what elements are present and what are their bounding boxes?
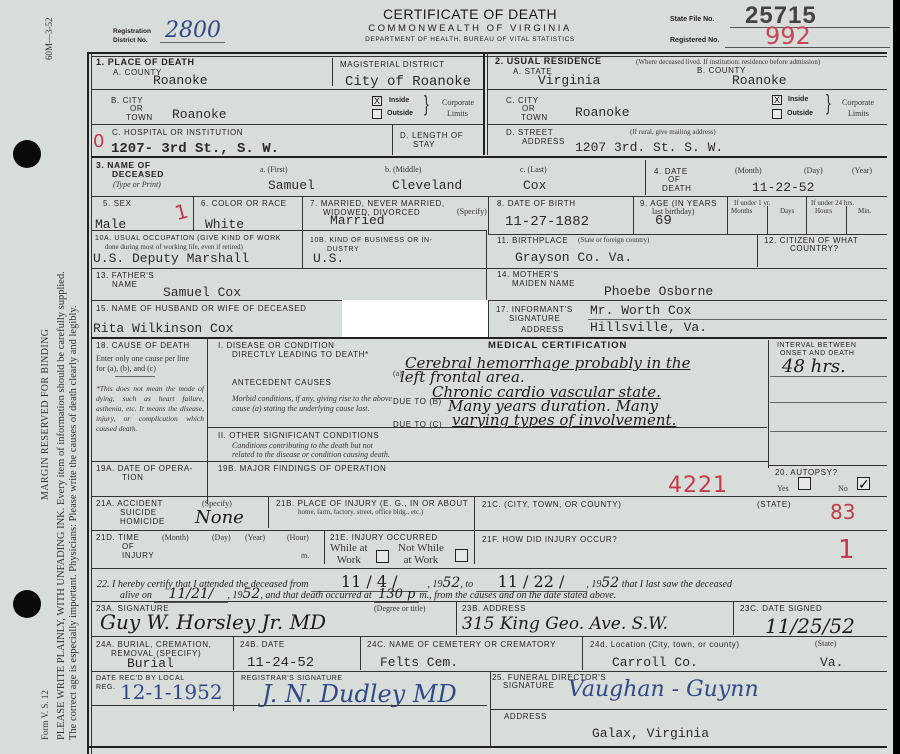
- alive-on-year: 52: [243, 586, 261, 602]
- divider: [767, 206, 768, 234]
- autopsy-yes-label: Yes: [777, 484, 789, 493]
- how-injury-label: 21f. How Did Injury Occur?: [482, 535, 617, 544]
- city-label-town: Town: [126, 113, 153, 122]
- divider: [115, 376, 155, 377]
- residence-state: Virginia: [538, 73, 600, 88]
- last-name-label: c. (Last): [520, 165, 547, 174]
- operation-date-label: 19a. Date of Opera-: [96, 464, 193, 473]
- residence-limits-label: Limits: [848, 109, 869, 118]
- date-signed-label: 23c. Date Signed: [740, 604, 822, 613]
- divider: [490, 709, 887, 710]
- suicide-label: Suicide: [120, 508, 157, 517]
- sex-label: 5. Sex: [103, 199, 132, 208]
- certificate-subtitle: Commonwealth of Virginia: [320, 23, 620, 34]
- funeral-director-signature: Vaughan - Guynn: [568, 677, 759, 702]
- registered-label: Registered No.: [670, 37, 719, 44]
- cause-note-2: for (a), (b), and (c): [96, 364, 156, 373]
- binding-hole-top: [13, 140, 41, 168]
- business: U.S.: [313, 251, 344, 266]
- part2-label: II. Other Significant Conditions: [218, 431, 379, 440]
- divider: [91, 496, 887, 497]
- marital-label: 7. Married, Never Married,: [310, 199, 445, 208]
- name-label-deceased: Deceased: [112, 170, 164, 179]
- operation-findings-label: 19b. Major Findings of Operation: [218, 464, 386, 473]
- divider: [456, 601, 457, 635]
- cemetery: Felts Cem.: [380, 655, 458, 670]
- divider: [91, 124, 483, 125]
- divider: [91, 636, 887, 637]
- cause-note-1: Enter only one cause per line: [96, 354, 189, 363]
- date-of-birth: 11-27-1882: [505, 214, 589, 230]
- instructions-line-1: PLEASE WRITE PLAINLY, WITH UNFADING INK.…: [56, 40, 67, 740]
- sec1-sec2-divider: [483, 52, 485, 155]
- divider: [91, 196, 887, 197]
- divider: [757, 234, 758, 267]
- length-of-stay-label: d. Length of: [400, 131, 463, 140]
- divider: [268, 496, 269, 528]
- middle-name: Cleveland: [392, 178, 462, 193]
- divider: [768, 340, 769, 468]
- mother-label-2: Maiden Name: [512, 279, 575, 288]
- frame-top-inner: [91, 56, 887, 57]
- interval-value: 48 hrs.: [782, 356, 846, 377]
- outside-label: Outside: [387, 110, 413, 117]
- business-label: 10b. Kind of Business or In-: [310, 236, 433, 245]
- part2-note-1: Conditions contributing to the death but…: [232, 441, 373, 450]
- divider: [91, 337, 887, 339]
- divider: [727, 196, 728, 234]
- registrar-signature: J. N. Dudley MD: [262, 680, 457, 708]
- residence-city: Roanoke: [575, 105, 630, 120]
- name-label-type: (Type or Print): [113, 180, 161, 189]
- divider: [91, 705, 487, 706]
- residence-outside-checkbox[interactable]: [772, 109, 782, 119]
- registered-number: 992: [765, 22, 811, 50]
- dod-label-of: of: [668, 175, 680, 184]
- divider: [768, 465, 887, 466]
- time-m-label: m.: [301, 551, 309, 560]
- antecedent-label: Antecedent Causes: [232, 378, 331, 387]
- while-at-work-text-1: While at: [330, 542, 368, 554]
- magisterial-district-label: Magisterial District: [340, 60, 445, 69]
- first-name-label: a. (First): [260, 165, 288, 174]
- mother-maiden-name: Phoebe Osborne: [604, 284, 713, 299]
- spouse-name: Rita Wilkinson Cox: [93, 321, 233, 336]
- time-year-label: (Year): [245, 533, 265, 542]
- residence-outside-label: Outside: [787, 110, 813, 117]
- divider: [91, 268, 887, 269]
- date-received: 12-1-1952: [120, 680, 223, 704]
- degree-label: (Degree or title): [374, 604, 426, 613]
- divider: [392, 124, 393, 155]
- informant-label-2: Signature: [509, 314, 560, 323]
- divider: [488, 300, 489, 338]
- while-at-work-label: While atWork: [330, 542, 368, 566]
- frame-left: [87, 52, 89, 754]
- occupation: U.S. Deputy Marshall: [93, 251, 249, 266]
- father-label-2: Name: [112, 280, 138, 289]
- time-hour-label: (Hour): [287, 533, 309, 542]
- burial-date-label: 24b. Date: [240, 640, 285, 649]
- divider: [633, 196, 634, 234]
- months-label: Months: [731, 207, 752, 216]
- stay-label: Stay: [413, 140, 435, 149]
- autopsy-no-checkbox[interactable]: ✓: [857, 477, 870, 490]
- death-city: Roanoke: [172, 107, 227, 122]
- state-mark: 83: [830, 500, 855, 524]
- divider: [360, 636, 361, 670]
- mother-label: 14. Mother's: [497, 270, 559, 279]
- dod-day-label: (Day): [804, 166, 823, 175]
- physician-signature: Guy W. Horsley Jr. MD: [100, 610, 326, 634]
- place-of-death-heading: 1. Place of Death: [96, 58, 195, 67]
- divider: [91, 461, 768, 462]
- certify-text-end: m., from the causes and on the date stat…: [419, 590, 616, 601]
- not-while-text-2: at Work: [398, 554, 444, 566]
- place-of-injury-note: home, farm, factory, street, office bldg…: [298, 508, 423, 517]
- brace: }: [826, 89, 831, 115]
- inside-label: Inside: [389, 97, 409, 104]
- divider: [486, 230, 487, 300]
- place-of-injury-label: 21b. Place of Injury (e. g., in or about: [276, 499, 468, 508]
- certify-line-2: alive on 11/21/, 1952, and that death oc…: [120, 586, 616, 602]
- divider: [770, 376, 887, 377]
- accident-value: None: [195, 507, 244, 528]
- divider: [488, 196, 489, 234]
- birthplace-note: (State or foreign country): [578, 236, 649, 245]
- department-name: Department of Health, Bureau of Vital St…: [320, 36, 620, 43]
- spouse-label: 15. Name of Husband or Wife of Deceased: [96, 304, 307, 313]
- divider: [770, 402, 887, 403]
- marital-specify: (Specify): [457, 207, 487, 216]
- time-of-injury-label-of: of: [122, 542, 134, 551]
- certify-text-e: that I last saw the deceased: [622, 579, 732, 590]
- occupation-label: 10a. Usual Occupation (Give kind of work: [95, 234, 281, 243]
- residence-corporate-label: Corporate: [842, 98, 874, 107]
- outside-checkbox[interactable]: [372, 109, 382, 119]
- dod-label-death: Death: [662, 184, 692, 193]
- dob-label: 8. Date of Birth: [497, 199, 576, 208]
- accident-label: 21a. Accident: [96, 499, 163, 508]
- divider: [91, 568, 887, 569]
- divider: [302, 196, 303, 230]
- time-day-label: (Day): [212, 533, 231, 542]
- certify-text-alive: alive on: [120, 590, 152, 601]
- dod-year-label: (Year): [852, 166, 872, 175]
- physician-address-label: 23b. Address: [462, 604, 526, 613]
- binding-note: MARGIN RESERVED FOR BINDING: [40, 329, 51, 500]
- inside-checkbox[interactable]: X: [372, 96, 382, 106]
- informant-label: 17. Informant's: [496, 305, 573, 314]
- divider: [233, 636, 234, 670]
- sec1-sec2-divider-inner: [487, 52, 488, 155]
- brace: }: [424, 90, 429, 116]
- time-month-label: (Month): [162, 533, 189, 542]
- autopsy-label: 20. Autopsy?: [775, 468, 838, 477]
- informant-name: Mr. Worth Cox: [590, 303, 691, 318]
- funeral-address: Galax, Virginia: [592, 726, 709, 741]
- residence-street: 1207 3rd. St. S. W.: [575, 140, 723, 155]
- birthplace: Grayson Co. Va.: [515, 250, 632, 265]
- divider: [846, 206, 847, 234]
- registration-district-no: 2800: [165, 18, 221, 43]
- certificate-title: Certificate of Death: [320, 6, 620, 22]
- how-mark: 1: [838, 535, 855, 565]
- redacted-region: [342, 300, 488, 338]
- funeral-director-label-2: Signature: [503, 681, 554, 690]
- divider: [91, 671, 887, 672]
- date-received-label-2: Reg.: [96, 683, 116, 692]
- divider: [733, 601, 734, 635]
- divider: [91, 601, 887, 602]
- part1-label: I. Disease or Condition: [218, 341, 334, 350]
- residence-city-label-town: Town: [521, 113, 548, 122]
- location-label-text: 24d. Location (City, town, or county): [590, 640, 740, 649]
- funeral-address-label: Address: [504, 712, 547, 721]
- instructions-line-2: The correct age is especially important.…: [68, 305, 79, 740]
- hospital-label: c. Hospital or Institution: [112, 128, 243, 137]
- certify-text-death-at: , and that death occurred at: [260, 590, 371, 601]
- date-of-death: 11-22-52: [752, 180, 814, 195]
- sex-mark: 1: [172, 199, 191, 225]
- part1-label-2: Directly Leading to Death*: [232, 350, 369, 359]
- burial-date: 11-24-52: [247, 655, 314, 671]
- location-state-label: (State): [815, 639, 836, 648]
- divider: [645, 160, 646, 195]
- divider: [91, 300, 887, 301]
- divider: [582, 636, 583, 670]
- divider: [324, 530, 325, 564]
- age: 69: [655, 213, 672, 229]
- cemetery-label: 24c. Name of Cemetery or Crematory: [367, 640, 556, 649]
- last-name: Cox: [523, 178, 546, 193]
- occupation-label-text: 10a. Usual Occupation (Give kind of work: [95, 235, 281, 242]
- burial-state: Va.: [820, 655, 843, 670]
- street-note: (If rural, give mailing address): [630, 128, 716, 137]
- death-certificate: 60M—3-52 Form V. S. 12 MARGIN RESERVED F…: [0, 0, 893, 754]
- disposition: Burial: [127, 656, 174, 671]
- informant-address: Hillsville, Va.: [590, 320, 707, 335]
- dod-month-label: (Month): [735, 166, 762, 175]
- divider: [487, 124, 887, 125]
- residence-inside-checkbox[interactable]: X: [772, 95, 782, 105]
- autopsy-yes-checkbox[interactable]: [798, 477, 811, 490]
- marital-status: Married: [330, 213, 385, 228]
- citizen-label-2: Country?: [790, 244, 839, 253]
- hospital: 1207- 3rd St., S. W.: [111, 141, 279, 157]
- date-signed: 11/25/52: [765, 614, 855, 638]
- death-county: Roanoke: [153, 73, 208, 88]
- frame-bottom: [87, 746, 887, 748]
- state-file-label: State File No.: [670, 16, 714, 23]
- middle-name-label: b. (Middle): [385, 165, 421, 174]
- not-while-text-1: Not While: [398, 542, 444, 554]
- divider: [207, 427, 767, 428]
- time-of-injury-label-injury: Injury: [122, 551, 154, 560]
- form-number: Form V. S. 12: [40, 690, 50, 740]
- code-mark: 4221: [668, 473, 728, 498]
- binding-hole-bottom: [13, 590, 41, 618]
- injury-occurred-label: 21e. Injury Occurred: [330, 533, 438, 542]
- certify-text-19: , 19: [228, 590, 243, 601]
- form-code: 60M—3-52: [44, 18, 54, 61]
- birthplace-label: 11. Birthplace: [497, 236, 568, 245]
- antecedent-note: Morbid conditions, if any, giving rise t…: [232, 394, 392, 414]
- operation-date-label-2: tion: [122, 473, 144, 482]
- injury-city-label: 21c. (City, Town, or County): [482, 500, 621, 509]
- limits-label: Limits: [447, 109, 468, 118]
- divider: [193, 196, 194, 230]
- father-name: Samuel Cox: [163, 285, 241, 300]
- corporate-label: Corporate: [442, 98, 474, 107]
- registration-district-label: Registration District No.: [113, 27, 163, 45]
- not-while-at-work-label: Not Whileat Work: [398, 542, 444, 566]
- homicide-label: Homicide: [120, 517, 165, 526]
- cause-of-death-label: 18. Cause of Death: [96, 341, 190, 350]
- divider: [91, 230, 486, 231]
- hours-label: Hours: [815, 207, 832, 216]
- divider: [488, 234, 887, 235]
- medical-certification-heading: Medical Certification: [488, 340, 627, 351]
- divider: [770, 431, 887, 432]
- physician-address: 315 King Geo. Ave. S.W.: [462, 614, 668, 634]
- cause-footnote: *This does not mean the mode of dying, s…: [96, 384, 204, 434]
- while-at-work-text-2: Work: [330, 554, 368, 566]
- divider: [91, 156, 887, 158]
- race-label: 6. Color or Race: [201, 199, 287, 208]
- residence-inside-label: Inside: [788, 96, 808, 103]
- time-of-injury-label: 21d. Time: [96, 533, 140, 542]
- injury-state-label: (State): [757, 500, 791, 509]
- disposition-label: 24a. Burial, Cremation,: [96, 640, 211, 649]
- while-at-work-checkbox[interactable]: [376, 550, 389, 563]
- divider: [207, 337, 208, 504]
- residence-city-label-or: or: [522, 104, 535, 113]
- divider: [302, 230, 303, 268]
- divider: [91, 530, 887, 531]
- street-label: d. Street: [506, 128, 553, 137]
- father-label: 13. Father's: [96, 271, 154, 280]
- city-label-or: or: [130, 104, 143, 113]
- divider: [332, 58, 333, 86]
- days-label: Days: [780, 207, 794, 216]
- usual-residence-heading: 2. Usual Residence: [495, 57, 602, 66]
- part2-note-2: related to the disease or condition caus…: [232, 450, 390, 459]
- burial-location: Carroll Co.: [612, 655, 698, 670]
- informant-address-label: Address: [521, 325, 564, 334]
- residence-county: Roanoke: [732, 73, 787, 88]
- location-label: 24d. Location (City, town, or county): [590, 640, 740, 649]
- not-while-at-work-checkbox[interactable]: [455, 549, 468, 562]
- autopsy-no-label: No: [838, 484, 848, 493]
- magisterial-district: City of Roanoke: [345, 74, 471, 90]
- first-name: Samuel: [268, 178, 315, 193]
- hospital-mark: 0: [93, 131, 104, 152]
- min-label: Min.: [858, 207, 871, 216]
- divider: [806, 196, 807, 234]
- street-address-label: Address: [522, 137, 565, 146]
